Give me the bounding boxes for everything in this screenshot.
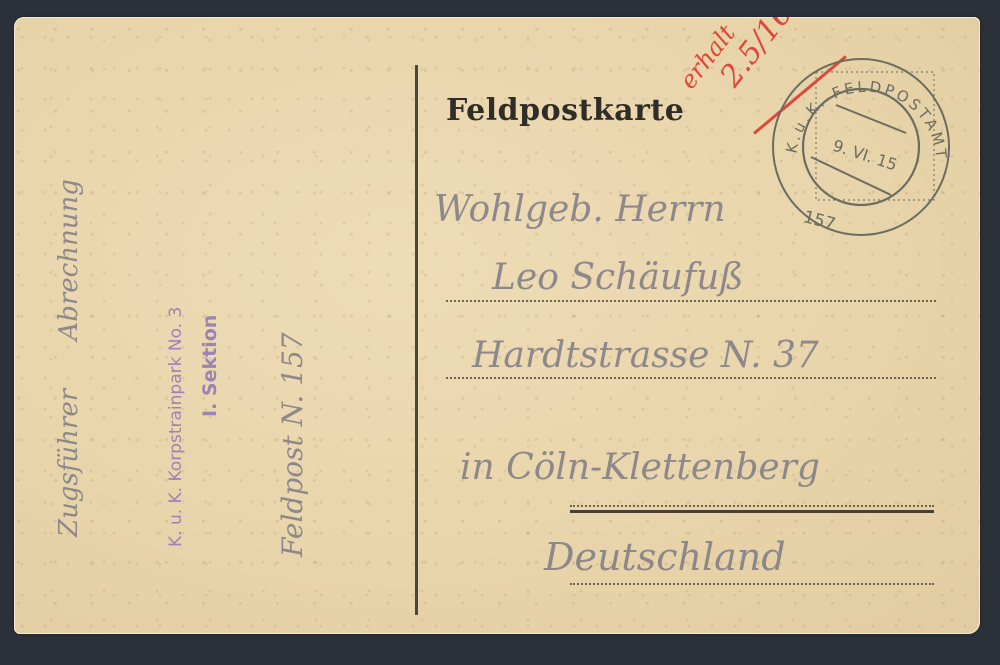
svg-text:157: 157	[801, 207, 838, 235]
card-title: Feldpostkarte	[446, 93, 684, 128]
postcard: Zugsführer Abrechnung K. u. K. Korpstrai…	[14, 17, 980, 634]
address-line-1: Wohlgeb. Herrn	[434, 189, 726, 230]
address-dotted-line-3	[570, 505, 934, 507]
address-dotted-line-1	[446, 300, 936, 302]
address-line-5: Deutschland	[544, 535, 786, 579]
address-dotted-line-2	[446, 377, 936, 379]
unit-stamp-line1: K. u. K. Korpstrainpark No. 3	[166, 307, 186, 547]
address-line-3: Hardtstrasse N. 37	[472, 335, 819, 376]
sender-feldpost-number: Feldpost N. 157	[276, 332, 309, 557]
sender-unit-stamp: K. u. K. Korpstrainpark No. 3	[166, 307, 186, 547]
address-line-2: Leo Schäufuß	[492, 257, 744, 298]
card-divider	[415, 65, 418, 615]
address-line-4: in Cöln-Klettenberg	[460, 447, 820, 488]
address-dotted-line-4	[570, 583, 934, 585]
sender-name: Abrechnung	[54, 179, 84, 340]
sender-rank: Zugsführer	[54, 389, 84, 537]
unit-stamp-line2: I. Sektion	[199, 315, 221, 417]
sender-handwriting-col1: Zugsführer Abrechnung	[54, 179, 84, 537]
svg-text:9. VI. 15: 9. VI. 15	[830, 136, 899, 175]
address-solid-line	[570, 510, 934, 513]
sender-section-stamp: I. Sektion	[199, 315, 221, 417]
postmark-icon: K.u.K. FELDPOSTAMT 9. VI. 15 157	[766, 47, 956, 237]
